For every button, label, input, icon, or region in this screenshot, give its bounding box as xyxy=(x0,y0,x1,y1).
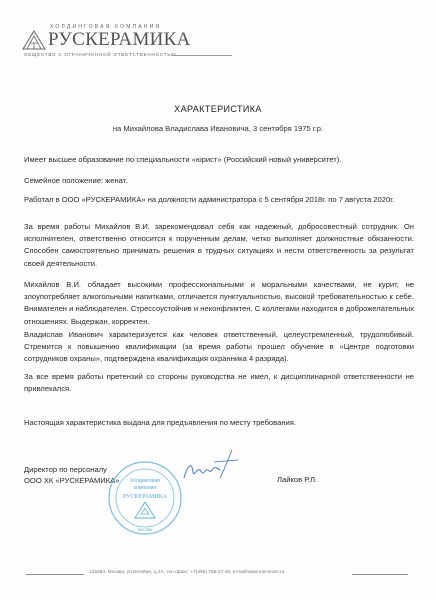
svg-text:МОСКВА: МОСКВА xyxy=(138,528,153,532)
paragraph-purpose: Настоящая характеристика выдана для пред… xyxy=(24,417,414,429)
paragraph-employment: Работал в ООО «РУСКЕРАМИКА» на должности… xyxy=(24,194,414,206)
document-subtitle: на Михайлова Владислава Ивановича, 3 сен… xyxy=(0,124,436,133)
svg-text:Холдинговая: Холдинговая xyxy=(130,478,160,484)
position-line-2: ООО ХК «РУСКЕРАМИКА» xyxy=(24,475,119,486)
triangle-tiles-logo-icon xyxy=(22,30,46,50)
paragraph-no-claims: За все время работы претензий со стороны… xyxy=(24,371,414,395)
signatory-position: Директор по персоналу ООО ХК «РУСКЕРАМИК… xyxy=(24,464,119,486)
footer-divider-right xyxy=(352,574,408,575)
company-stamp-icon: Холдинговая компания РУСКЕРАМИКА МОСКВА xyxy=(107,460,183,536)
signer-name: Лайков Р.Л. xyxy=(277,475,317,484)
svg-text:компания: компания xyxy=(134,485,157,491)
svg-text:РУСКЕРАМИКА: РУСКЕРАМИКА xyxy=(123,494,168,500)
legal-form: ОБЩЕСТВО С ОГРАНИЧЕННОЙ ОТВЕТСТВЕННОСТЬЮ xyxy=(24,52,176,57)
paragraph-characteristics: Владислав Иванович характеризуется как ч… xyxy=(24,329,414,366)
footer-divider-left xyxy=(26,574,84,575)
company-name: РУСКЕРАМИКА xyxy=(48,30,191,50)
paragraph-marital-status: Семейное положение: женат. xyxy=(24,175,414,187)
paragraph-performance: За время работы Михайлов В.И. зарекоменд… xyxy=(24,221,414,270)
handwritten-signature-icon xyxy=(180,448,242,488)
letterhead-divider xyxy=(172,55,232,56)
paragraph-qualities: Михайлов В.И. обладает высокими професси… xyxy=(24,279,414,328)
document-title: ХАРАКТЕРИСТИКА xyxy=(0,104,436,114)
document-page: ХОЛДИНГОВАЯ КОМПАНИЯ РУСКЕРАМИКА ОБЩЕСТВ… xyxy=(0,0,436,600)
paragraph-education: Имеет высшее образование по специальност… xyxy=(24,154,414,166)
footer-contacts: 125284, Москва, ул.Беговая, д.1А, тел./ф… xyxy=(89,570,284,575)
position-line-1: Директор по персоналу xyxy=(24,464,119,475)
